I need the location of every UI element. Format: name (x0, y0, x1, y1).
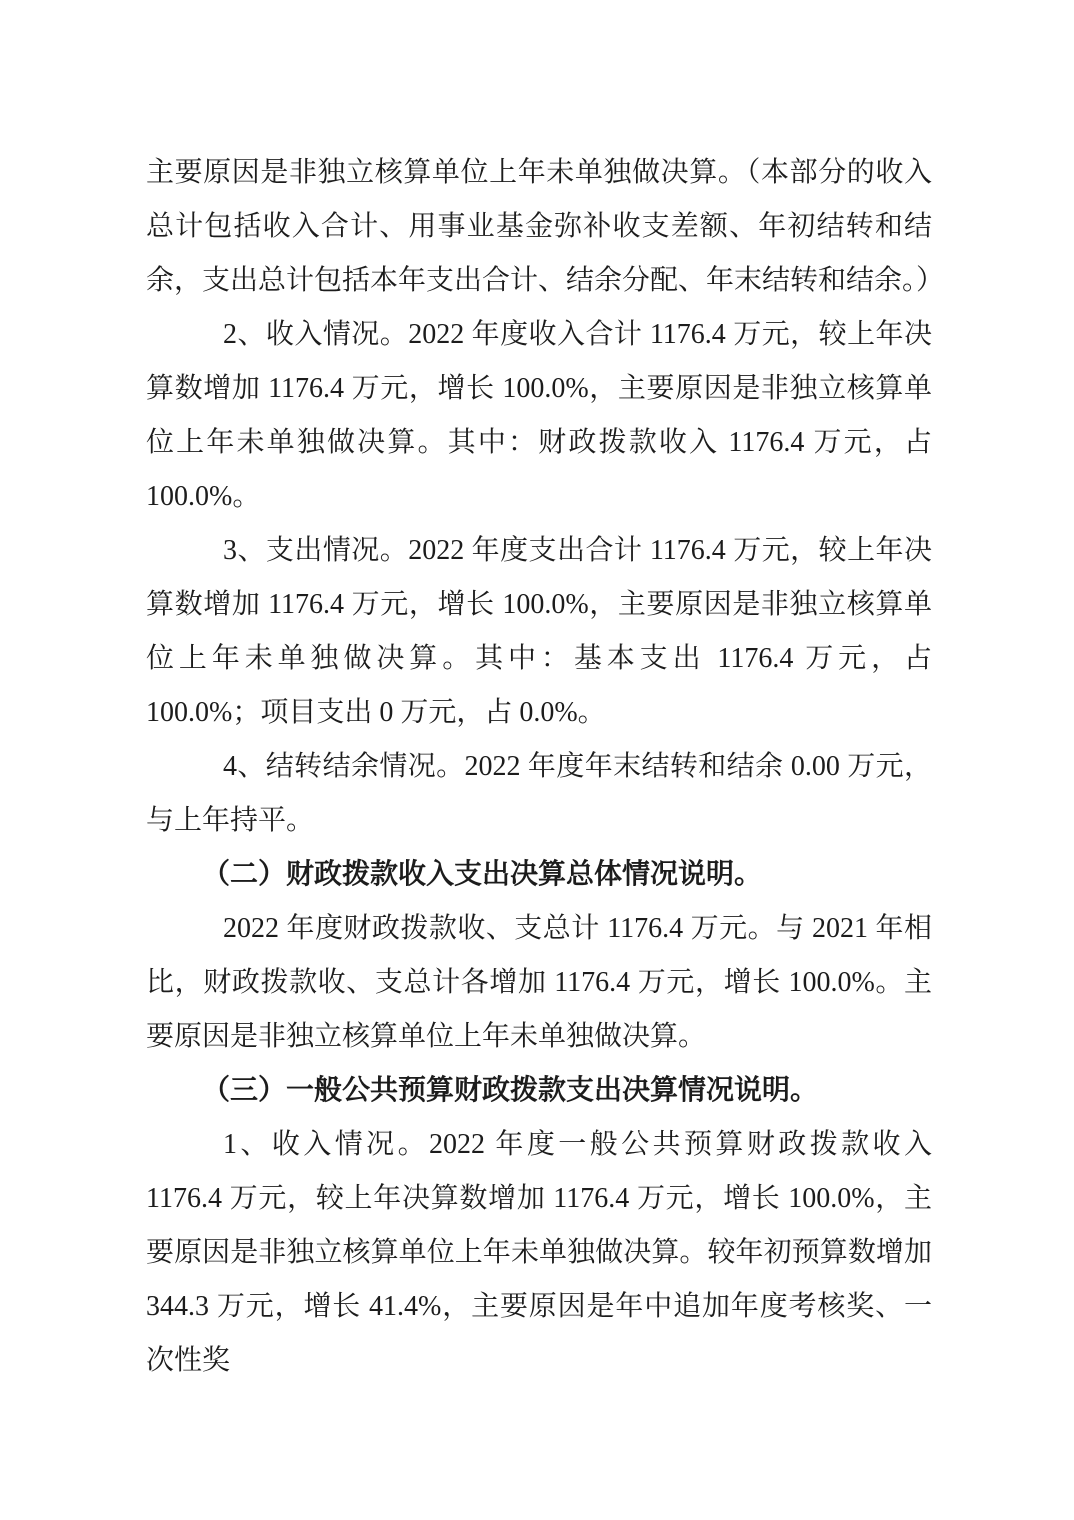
paragraph-overview-continuation: 主要原因是非独立核算单位上年未单独做决算。（本部分的收入总计包括收入合计、用事业… (146, 146, 932, 308)
document-page: 主要原因是非独立核算单位上年未单独做决算。（本部分的收入总计包括收入合计、用事业… (0, 0, 1074, 1520)
paragraph-general-budget-income: 1、收入情况。2022 年度一般公共预算财政拨款收入 1176.4 万元，较上年… (146, 1118, 932, 1388)
document-text-block: 主要原因是非独立核算单位上年未单独做决算。（本部分的收入总计包括收入合计、用事业… (146, 146, 932, 1388)
paragraph-fiscal-appropriation-total: 2022 年度财政拨款收、支总计 1176.4 万元。与 2021 年相比，财政… (146, 902, 932, 1064)
section-heading-fiscal-appropriation: （二）财政拨款收入支出决算总体情况说明。 (146, 848, 932, 902)
paragraph-income-situation: 2、收入情况。2022 年度收入合计 1176.4 万元，较上年决算数增加 11… (146, 308, 932, 524)
paragraph-carryover-situation: 4、结转结余情况。2022 年度年末结转和结余 0.00 万元，与上年持平。 (146, 740, 932, 848)
paragraph-expenditure-situation: 3、支出情况。2022 年度支出合计 1176.4 万元，较上年决算数增加 11… (146, 524, 932, 740)
section-heading-general-public-budget: （三）一般公共预算财政拨款支出决算情况说明。 (146, 1064, 932, 1118)
